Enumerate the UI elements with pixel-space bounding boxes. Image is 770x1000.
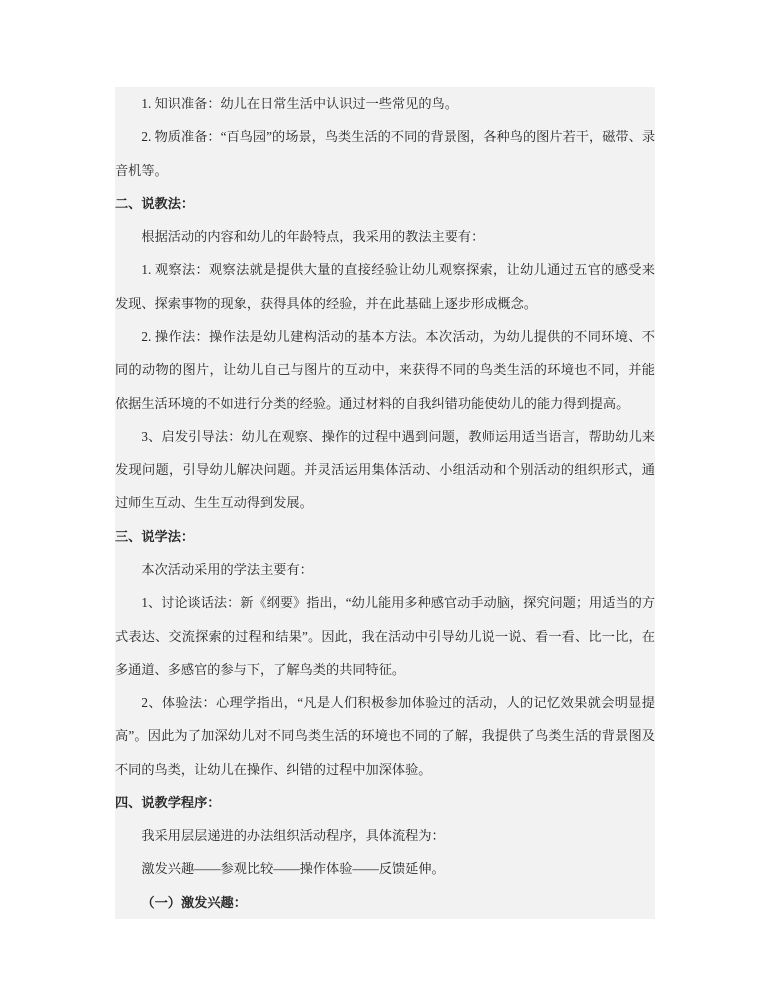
paragraph: 激发兴趣——参观比较——操作体验——反馈延伸。 bbox=[115, 852, 655, 885]
section-heading-learning-methods: 三、说学法： bbox=[115, 520, 655, 553]
paragraph: 2. 操作法：操作法是幼儿建构活动的基本方法。本次活动，为幼儿提供的不同环境、不… bbox=[115, 320, 655, 420]
paragraph: 1. 观察法：观察法就是提供大量的直接经验让幼儿观察探索，让幼儿通过五官的感受来… bbox=[115, 253, 655, 320]
document-canvas: 1. 知识准备：幼儿在日常生活中认识过一些常见的鸟。 2. 物质准备：“百鸟园”… bbox=[0, 0, 770, 1000]
paragraph: 本次活动采用的学法主要有： bbox=[115, 553, 655, 586]
paragraph: 我采用层层递进的办法组织活动程序，具体流程为： bbox=[115, 819, 655, 852]
paragraph: 3、启发引导法：幼儿在观察、操作的过程中遇到问题，教师运用适当语言，帮助幼儿来发… bbox=[115, 420, 655, 520]
section-heading-teaching-methods: 二、说教法： bbox=[115, 187, 655, 220]
paragraph: 根据活动的内容和幼儿的年龄特点，我采用的教法主要有： bbox=[115, 220, 655, 253]
paragraph: 2、体验法：心理学指出，“凡是人们积极参加体验过的活动，人的记忆效果就会明显提高… bbox=[115, 686, 655, 786]
subsection-heading-spark-interest: （一）激发兴趣： bbox=[115, 886, 655, 919]
paragraph: 1、讨论谈话法：新《纲要》指出，“幼儿能用多种感官动手动脑，探究问题；用适当的方… bbox=[115, 586, 655, 686]
document-page: 1. 知识准备：幼儿在日常生活中认识过一些常见的鸟。 2. 物质准备：“百鸟园”… bbox=[115, 87, 655, 919]
section-heading-teaching-procedure: 四、说教学程序： bbox=[115, 786, 655, 819]
paragraph: 1. 知识准备：幼儿在日常生活中认识过一些常见的鸟。 bbox=[115, 87, 655, 120]
paragraph: 2. 物质准备：“百鸟园”的场景，鸟类生活的不同的背景图，各种鸟的图片若干，磁带… bbox=[115, 120, 655, 187]
